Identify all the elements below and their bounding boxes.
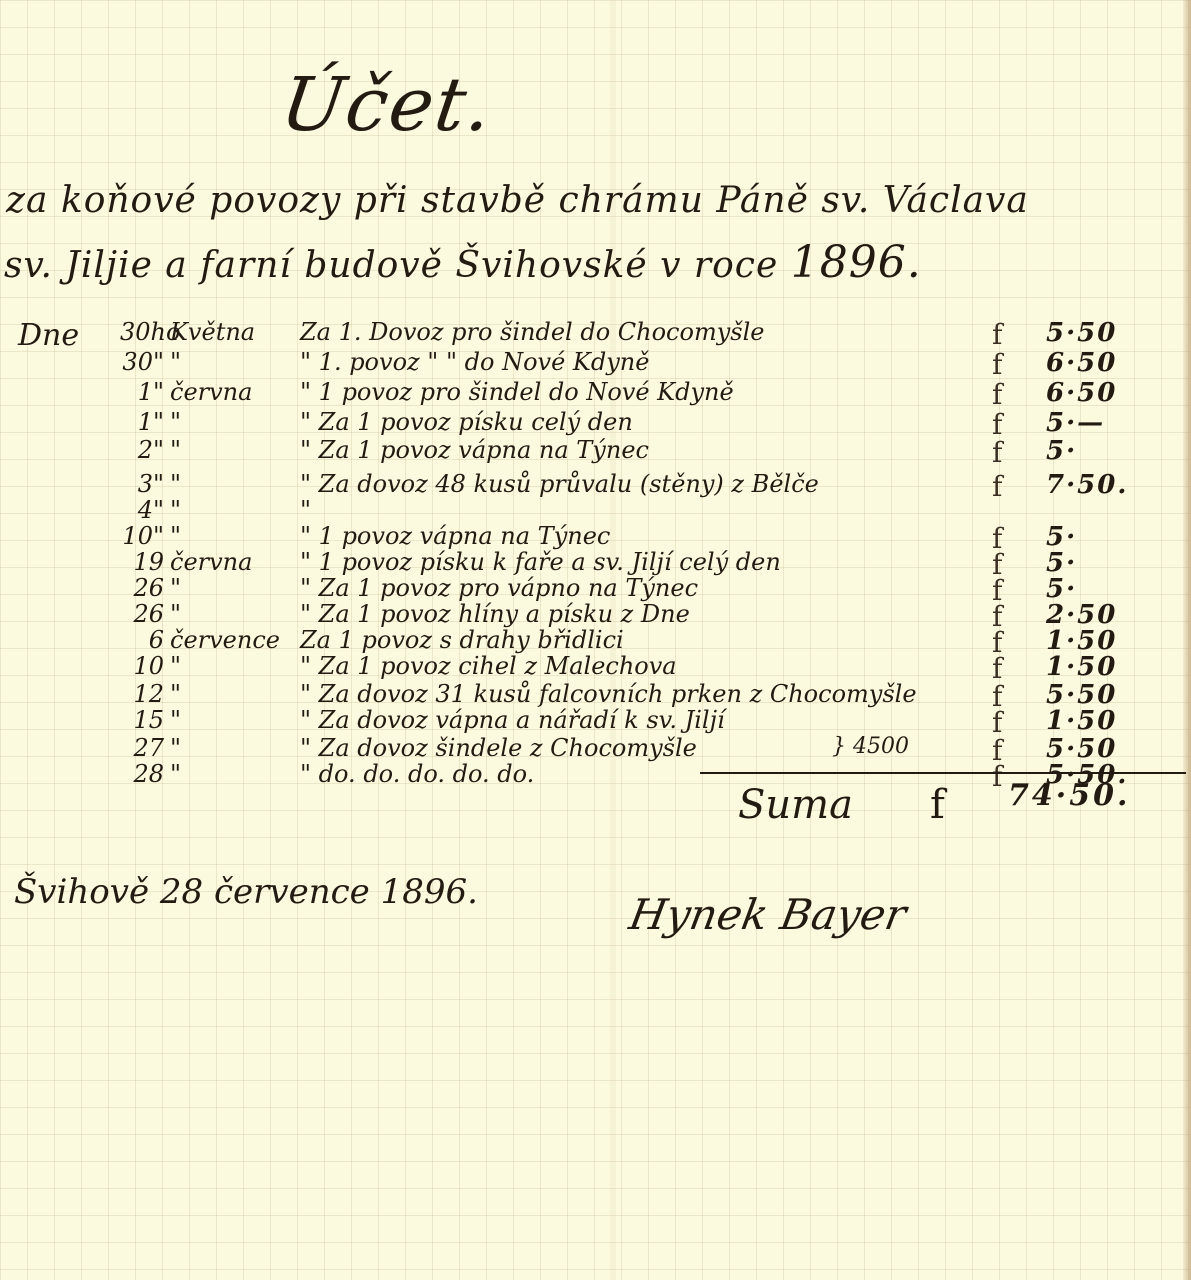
row-description: Za 1. Dovoz pro šindel do Chocomyšle [300, 318, 764, 346]
intro-year: 1896. [791, 237, 922, 288]
row-description: " 1 povoz pro šindel do Nové Kdyně [300, 378, 734, 406]
row-month: " [170, 574, 181, 602]
row-day: 1" [120, 408, 164, 436]
intro-line-1: za koňové povozy při stavbě chrámu Páně … [6, 180, 1029, 221]
row-month: " [170, 496, 181, 524]
row-day: 10" [120, 522, 164, 550]
row-month: " [170, 734, 181, 762]
row-amount: 5·— [1046, 408, 1105, 438]
row-amount: 1·50 [1046, 706, 1117, 736]
row-description: " Za dovoz 48 kusů průvalu (stěny) z Běl… [300, 470, 819, 498]
row-day: 12 [120, 680, 164, 708]
row-day: 30ho [120, 318, 164, 346]
florin-mark: f [992, 378, 1002, 411]
row-description: " Za dovoz šindele z Chocomyšle [300, 734, 697, 762]
row-description: " Za 1 povoz cihel z Malechova [300, 652, 677, 680]
ledger-row: 15 " " Za dovoz vápna a nářadí k sv. Jil… [0, 706, 1191, 736]
row-note: } 4500 [832, 734, 909, 759]
row-description: " do. do. do. do. do. [300, 760, 534, 788]
row-description: " Za dovoz 31 kusů falcovních prken z Ch… [300, 680, 917, 708]
row-day: 6 [120, 626, 164, 654]
total-label: Suma [738, 782, 853, 828]
row-month: " [170, 470, 181, 498]
total-florin-mark: f [930, 782, 945, 828]
intro-line-2-text: sv. Jiljie a farní budově Švihovské v ro… [4, 245, 778, 286]
row-description: " Za 1 povoz písku celý den [300, 408, 633, 436]
row-day: 15 [120, 706, 164, 734]
row-day: 2" [120, 436, 164, 464]
ledger-row: 30" " " 1. povoz " " do Nové Kdyně f 6·5… [0, 348, 1191, 378]
document-title: Účet. [276, 62, 499, 148]
row-description: " Za 1 povoz vápna na Týnec [300, 436, 649, 464]
row-month: " [170, 436, 181, 464]
ledger-row: Dne 30ho Května Za 1. Dovoz pro šindel d… [0, 318, 1191, 348]
ledger-row: 1" " " Za 1 povoz písku celý den f 5·— [0, 408, 1191, 438]
row-day: 26 [120, 574, 164, 602]
row-description: " [300, 496, 311, 524]
row-description: " 1 povoz písku k faře a sv. Jiljí celý … [300, 548, 781, 576]
row-day: 19 [120, 548, 164, 576]
row-amount: 6·50 [1046, 378, 1117, 408]
row-day: 30" [120, 348, 164, 376]
row-month: " [170, 652, 181, 680]
row-month: " [170, 348, 181, 376]
florin-mark: f [992, 760, 1002, 793]
place-and-date: Švihově 28 července 1896. [14, 872, 478, 912]
row-amount: 6·50 [1046, 348, 1117, 378]
row-month: Května [170, 318, 255, 346]
row-month: " [170, 600, 181, 628]
row-description: " Za dovoz vápna a nářadí k sv. Jiljí [300, 706, 725, 734]
row-month: " [170, 680, 181, 708]
row-amount: 5· [1046, 436, 1077, 466]
row-month: června [170, 378, 252, 406]
total-rule [700, 772, 1186, 774]
row-month: června [170, 548, 252, 576]
row-description: " Za 1 povoz pro vápno na Týnec [300, 574, 698, 602]
ledger-row: 1" června " 1 povoz pro šindel do Nové K… [0, 378, 1191, 408]
row-month: " [170, 760, 181, 788]
row-day: 26 [120, 600, 164, 628]
florin-mark: f [992, 436, 1002, 469]
intro-line-2: sv. Jiljie a farní budově Švihovské v ro… [4, 237, 922, 288]
florin-mark: f [992, 318, 1002, 351]
row-day: 28 [120, 760, 164, 788]
florin-mark: f [992, 348, 1002, 381]
row-day: 10 [120, 652, 164, 680]
row-month: července [170, 626, 280, 654]
row-amount: 5·50 [1046, 318, 1117, 348]
row-month: " [170, 408, 181, 436]
row-month: " [170, 522, 181, 550]
row-description: Za 1 povoz s drahy břidlici [300, 626, 624, 654]
row-description: " 1 povoz vápna na Týnec [300, 522, 610, 550]
row-day: 1" [120, 378, 164, 406]
row-day: 27 [120, 734, 164, 762]
row-description: " Za 1 povoz hlíny a písku z Dne [300, 600, 690, 628]
row-day: 3" [120, 470, 164, 498]
row-description: " 1. povoz " " do Nové Kdyně [300, 348, 649, 376]
ledger-row: 2" " " Za 1 povoz vápna na Týnec f 5· [0, 436, 1191, 466]
row-amount: 1·50 [1046, 652, 1117, 682]
ledger-row: 10 " " Za 1 povoz cihel z Malechova f 1·… [0, 652, 1191, 682]
total-amount: 74·50. [1008, 778, 1130, 813]
signature: Hynek Bayer [626, 890, 910, 939]
row-month: " [170, 706, 181, 734]
row-day: 4" [120, 496, 164, 524]
